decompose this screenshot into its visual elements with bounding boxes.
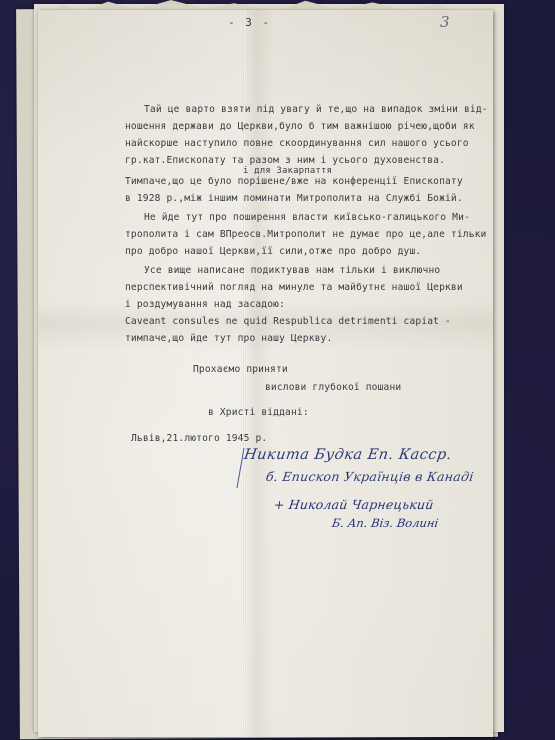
- text-line: трополита і сам ВПреосв.Митрополит не ду…: [125, 230, 486, 240]
- text-line: в 1928 р.,між іншим поминати Митрополита…: [125, 194, 463, 204]
- closing-line: в Христі віддані:: [208, 408, 309, 418]
- text-line: перспективічний погляд на минуле та майб…: [125, 283, 463, 293]
- latin-quote: Caveant consules ne quid Respublica detr…: [125, 317, 451, 327]
- signature-charnetsky-title: Б. Ап. Віз. Волині: [331, 516, 439, 530]
- archive-page-number: 3: [440, 13, 450, 31]
- letter-page: - 3 - 3 Тай це варто взяти під увагу й т…: [38, 10, 493, 737]
- signature-budka-title: б. Епископ Українців в Канаді: [265, 469, 475, 484]
- closing-line: Прохаємо приняти: [193, 365, 288, 375]
- text-line: Тимпаче,що це було порішене/вже на конфе…: [125, 177, 463, 187]
- text-line: гр.кат.Епископату та разом з ним і усьог…: [125, 156, 445, 166]
- text-line: про добро нашої Церкви,її сили,отже про …: [125, 247, 421, 257]
- text-line: Усе вище написане подиктував нам тільки …: [144, 266, 440, 276]
- page-number: - 3 -: [228, 16, 271, 29]
- closing-line: вислови глубокої пошани: [265, 383, 401, 393]
- text-line: Не йде тут про поширення власти київсько…: [144, 213, 470, 223]
- text-line: і роздумування над засадою:: [125, 300, 285, 310]
- text-line: тимпаче,що йде тут про нашу Церкву.: [125, 334, 332, 344]
- text-line: найскорше наступило повне скоординування…: [125, 139, 469, 149]
- text-line: ношення держави до Церкви,було б тим важ…: [125, 122, 475, 132]
- text-line: Тай це варто взяти під увагу й те,що на …: [144, 105, 488, 115]
- signature-charnetsky: + Николай Чарнецький: [273, 497, 435, 512]
- place-date: Львів,21.лютого 1945 р.: [131, 434, 267, 444]
- signature-budka: Никита Будка Еп. Касср.: [243, 447, 453, 463]
- text-insertion: і для Закарпаття: [243, 167, 332, 176]
